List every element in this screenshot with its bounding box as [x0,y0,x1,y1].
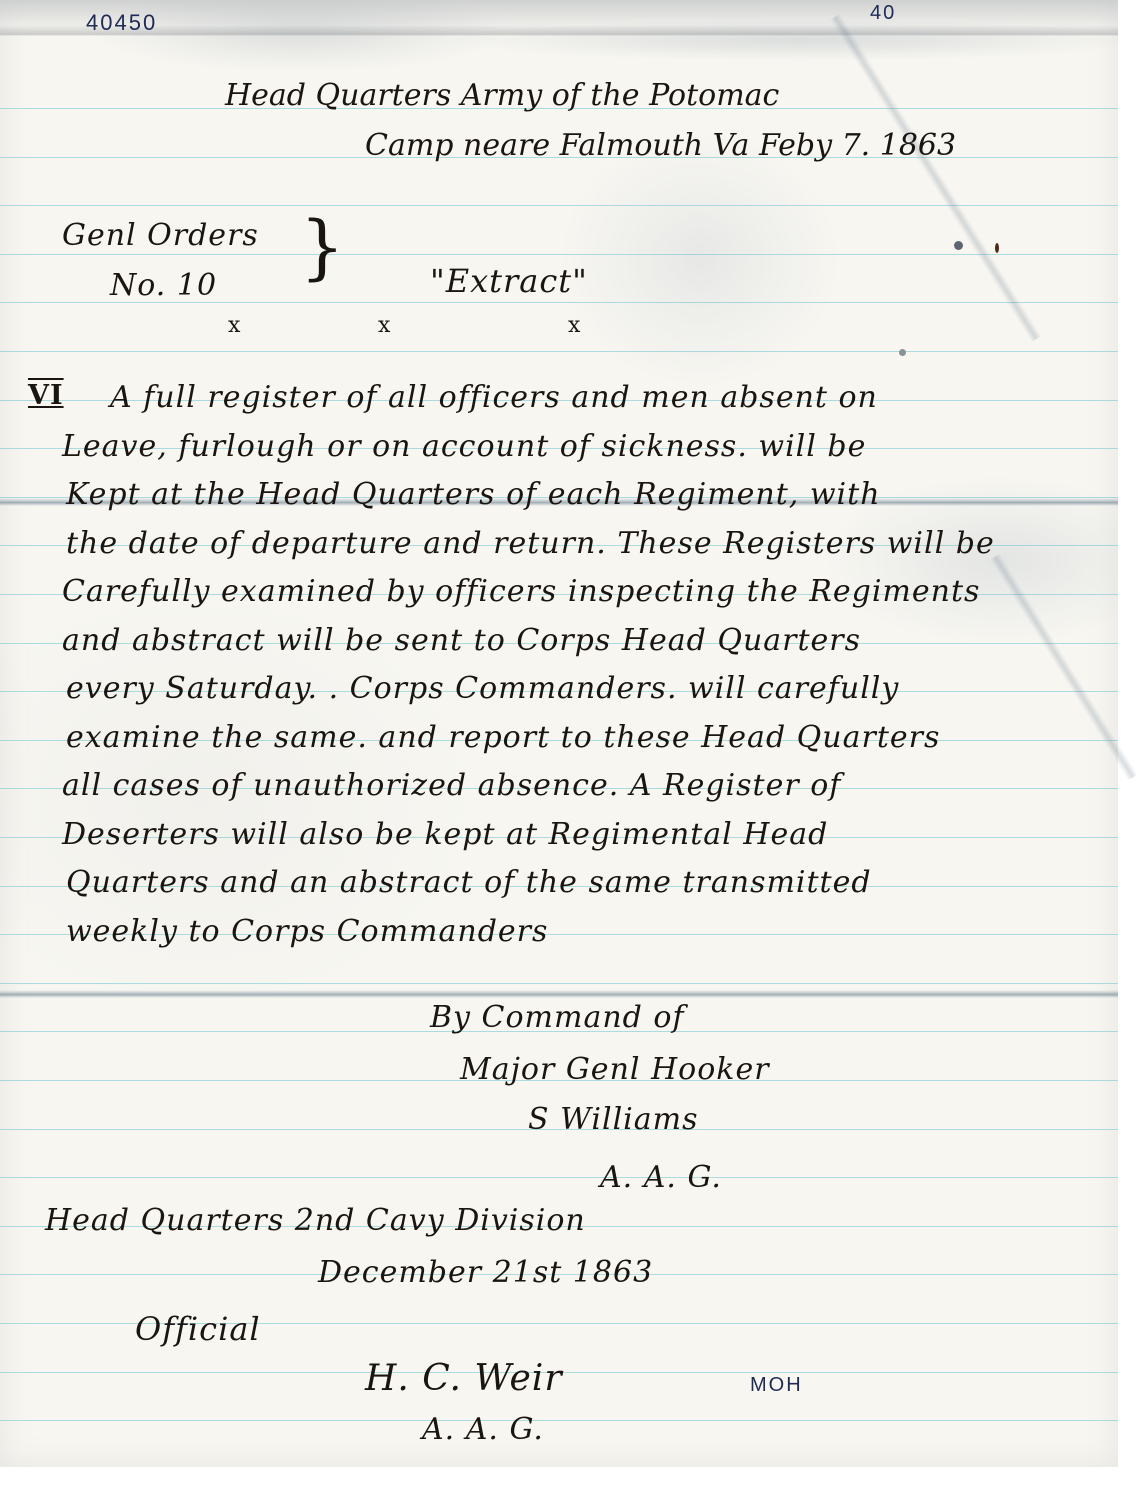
ink-streak [830,14,1042,343]
body-line: Carefully examined by officers inspectin… [62,574,980,609]
endorsement-date: December 21st 1863 [318,1255,653,1290]
signer-title: A. A. G. [600,1160,722,1195]
ink-spot [995,243,999,253]
brace-mark: } [300,212,345,282]
body-line: Quarters and an abstract of the same tra… [66,865,872,900]
by-command-line: By Command of [430,1000,685,1035]
order-number: No. 10 [110,268,217,303]
ink-streak [990,554,1136,781]
separator-mark: x [568,313,580,338]
separator-mark: x [378,313,390,338]
body-line: Leave, furlough or on account of sicknes… [62,429,866,464]
endorsement-signer: H. C. Weir [365,1358,563,1399]
body-line: every Saturday. . Corps Commanders. will… [66,671,899,706]
ruled-line [0,1420,1118,1421]
body-line: and abstract will be sent to Corps Head … [62,623,861,658]
body-line: all cases of unauthorized absence. A Reg… [62,768,841,803]
order-type: Genl Orders [62,218,259,253]
page-top-edge [0,0,1118,36]
body-line: examine the same. and report to these He… [66,720,940,755]
fold-crease [0,990,1118,998]
collection-tag: MOH [750,1374,803,1397]
section-number: VI [28,380,64,411]
endorsement-headquarters: Head Quarters 2nd Cavy Division [45,1203,586,1238]
letterhead-line-1: Head Quarters Army of the Potomac [225,78,779,113]
extract-label: "Extract" [430,262,588,300]
body-line: Kept at the Head Quarters of each Regime… [66,477,881,512]
commander-name: Major Genl Hooker [460,1052,770,1087]
ink-spot [954,241,963,250]
ruled-line [0,1177,1118,1178]
endorsement-signer-title: A. A. G. [422,1412,544,1447]
separator-mark: x [228,313,240,338]
ruled-line [0,351,1118,352]
document-page: 40450 40 Head Quarters Army of the Potom… [0,0,1118,1467]
body-line: weekly to Corps Commanders [66,914,548,949]
page-number: 40 [870,2,896,25]
ink-spot [899,349,906,356]
catalog-number: 40450 [86,10,157,36]
body-line: A full register of all officers and men … [110,380,878,415]
body-line: Deserters will also be kept at Regimenta… [62,817,828,852]
ruled-line [0,983,1118,984]
ruled-line [0,254,1118,255]
signer-name: S Williams [528,1102,699,1137]
official-label: Official [135,1310,261,1348]
letterhead-line-2: Camp neare Falmouth Va Feby 7. 1863 [365,128,956,163]
body-line: the date of departure and return. These … [66,526,995,561]
